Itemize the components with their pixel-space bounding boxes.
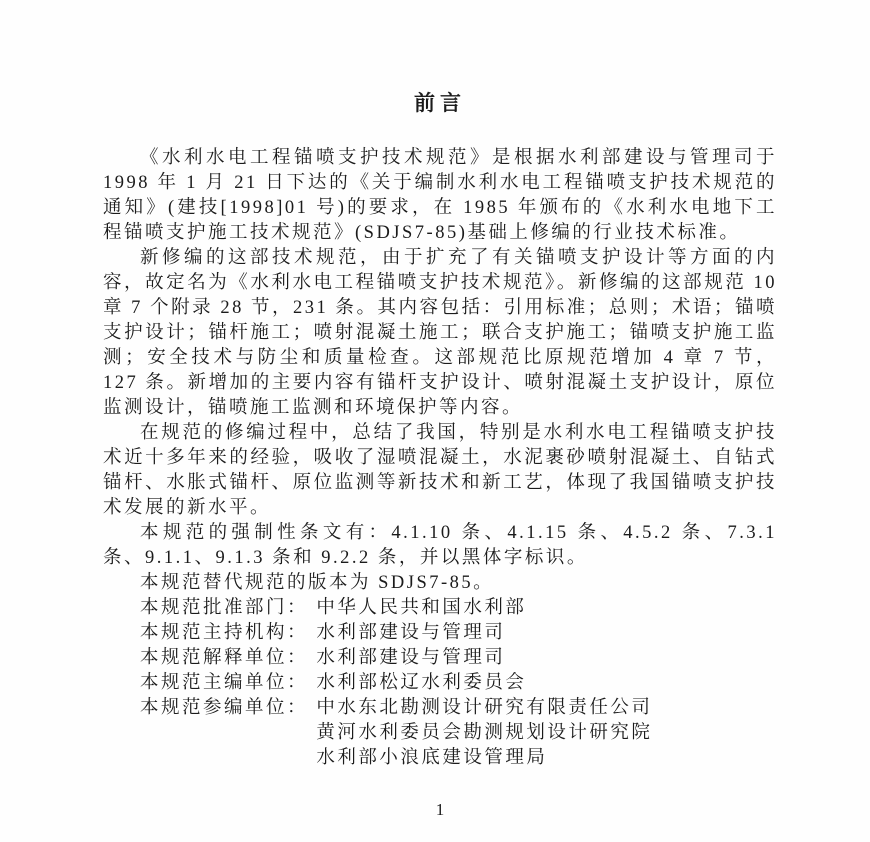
credit-value-line: 中水东北勘测设计研究有限责任公司: [316, 696, 777, 721]
page-number: 1: [103, 797, 777, 822]
document-body: 《水利水电工程锚喷支护技术规范》是根据水利部建设与管理司于 1998 年 1 月…: [103, 146, 777, 822]
credit-value: 中华人民共和国水利部: [316, 596, 777, 621]
credit-row-interpretation: 本规范解释单位： 水利部建设与管理司: [103, 646, 777, 671]
credit-row-host-org: 本规范主持机构： 水利部建设与管理司: [103, 621, 777, 646]
credit-value-line: 水利部松辽水利委员会: [316, 671, 777, 696]
credit-value: 水利部建设与管理司: [316, 646, 777, 671]
credit-value-line: 中华人民共和国水利部: [316, 596, 777, 621]
credit-label: 本规范批准部门：: [140, 596, 308, 621]
credit-value: 中水东北勘测设计研究有限责任公司 黄河水利委员会勘测规划设计研究院 水利部小浪底…: [316, 696, 777, 771]
credit-row-co-editors: 本规范参编单位： 中水东北勘测设计研究有限责任公司 黄河水利委员会勘测规划设计研…: [103, 696, 777, 771]
credit-label: 本规范主持机构：: [140, 621, 308, 646]
credit-label: 本规范解释单位：: [140, 646, 308, 671]
document-page: 前言 《水利水电工程锚喷支护技术规范》是根据水利部建设与管理司于 1998 年 …: [0, 0, 870, 842]
credit-value: 水利部建设与管理司: [316, 621, 777, 646]
credit-value-line: 水利部建设与管理司: [316, 646, 777, 671]
page-title: 前言: [103, 88, 777, 118]
page-sheet: 前言 《水利水电工程锚喷支护技术规范》是根据水利部建设与管理司于 1998 年 …: [0, 0, 870, 842]
credits-section: 本规范批准部门： 中华人民共和国水利部 本规范主持机构： 水利部建设与管理司 本…: [103, 596, 777, 771]
credit-value-line: 水利部小浪底建设管理局: [316, 746, 777, 771]
paragraph-4: 本规范的强制性条文有：4.1.10 条、4.1.15 条、4.5.2 条、7.3…: [103, 521, 777, 571]
credit-row-chief-editor: 本规范主编单位： 水利部松辽水利委员会: [103, 671, 777, 696]
paragraph-1: 《水利水电工程锚喷支护技术规范》是根据水利部建设与管理司于 1998 年 1 月…: [103, 146, 777, 246]
credit-label: 本规范主编单位：: [140, 671, 308, 696]
credit-value-line: 黄河水利委员会勘测规划设计研究院: [316, 721, 777, 746]
paragraph-3: 在规范的修编过程中，总结了我国，特别是水利水电工程锚喷支护技术近十多年来的经验，…: [103, 421, 777, 521]
credit-label: 本规范参编单位：: [140, 696, 308, 721]
paragraph-2: 新修编的这部技术规范，由于扩充了有关锚喷支护设计等方面的内容，故定名为《水利水电…: [103, 246, 777, 421]
paragraph-5: 本规范替代规范的版本为 SDJS7-85。: [103, 571, 777, 596]
credit-value-line: 水利部建设与管理司: [316, 621, 777, 646]
credit-value: 水利部松辽水利委员会: [316, 671, 777, 696]
credit-row-approval: 本规范批准部门： 中华人民共和国水利部: [103, 596, 777, 621]
